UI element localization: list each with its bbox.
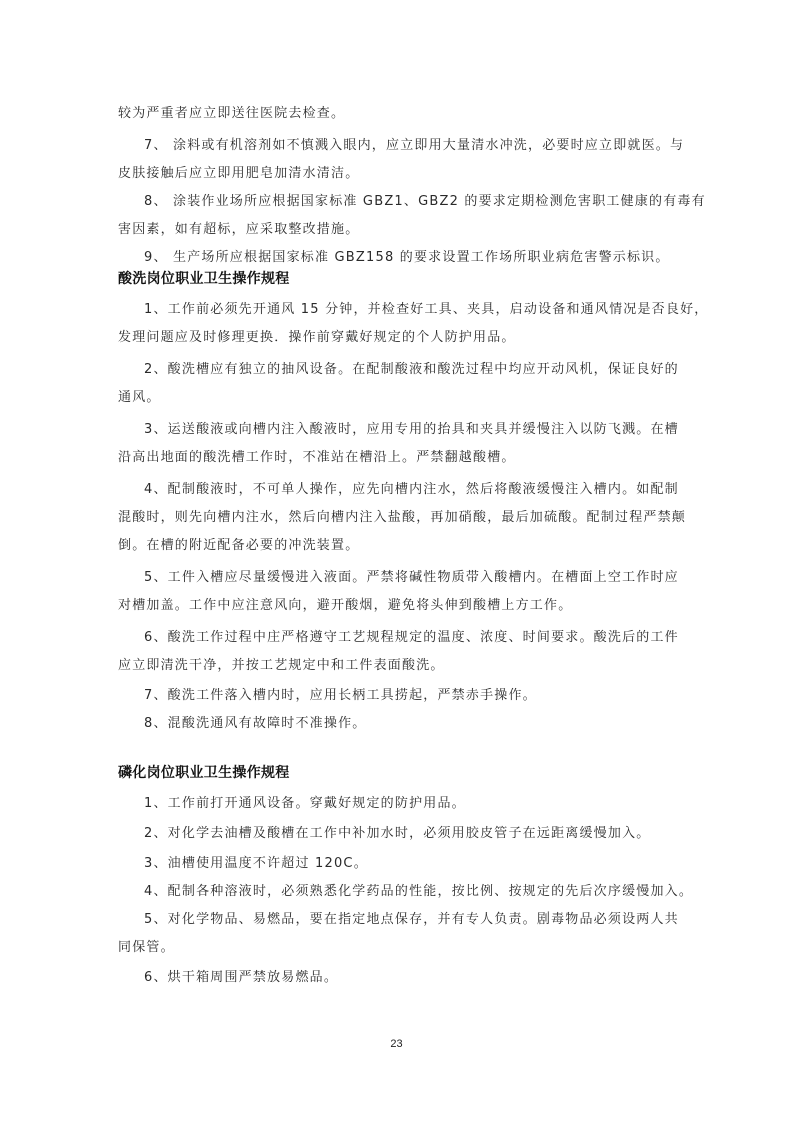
section-heading-pickling: 酸洗岗位职业卫生操作规程 [118,270,290,288]
section-heading-phosphating: 磷化岗位职业卫生操作规程 [118,764,290,782]
page-number: 23 [0,1038,793,1050]
paragraph-line: 发理问题应及时修理更换．操作前穿戴好规定的个人防护用品。 [118,330,678,346]
paragraph-line: 害因素，如有超标，应采取整改措施。 [118,222,678,238]
paragraph-line: 5、工件入槽应尽量缓慢进入液面。严禁将碱性物质带入酸槽内。在槽面上空工作时应 [144,570,704,586]
paragraph-line: 7、 涂料或有机溶剂如不慎溅入眼内，应立即用大量清水冲洗，必要时应立即就医。与 [144,138,704,154]
paragraph-line: 倒。在槽的附近配备必要的冲洗装置。 [118,538,678,554]
paragraph-line: 3、油槽使用温度不许超过 120C。 [144,856,704,872]
paragraph-line: 应立即清洗干净，并按工艺规定中和工件表面酸洗。 [118,658,678,674]
paragraph-line: 5、对化学物品、易燃品，要在指定地点保存，并有专人负责。剧毒物品必须设两人共 [144,912,704,928]
paragraph-line: 1、工作前必须先开通风 15 分钟，并检查好工具、夹具，启动设备和通风情况是否良… [144,302,704,318]
paragraph-line: 8、混酸洗通风有故障时不准操作。 [144,716,704,732]
paragraph-line: 2、对化学去油槽及酸槽在工作中补加水时，必须用胶皮管子在远距离缓慢加入。 [144,826,704,842]
paragraph-line: 4、配制酸液时，不可单人操作，应先向槽内注水，然后将酸液缓慢注入槽内。如配制 [144,482,704,498]
paragraph-line: 通风。 [118,390,678,406]
paragraph-line: 1、工作前打开通风设备。穿戴好规定的防护用品。 [144,796,704,812]
paragraph-line: 6、酸洗工作过程中庄严格遵守工艺规程规定的温度、浓度、时间要求。酸洗后的工件 [144,630,704,646]
paragraph-line: 7、酸洗工件落入槽内时，应用长柄工具捞起，严禁赤手操作。 [144,688,704,704]
paragraph-line: 2、酸洗槽应有独立的抽风设备。在配制酸液和酸洗过程中均应开动风机，保证良好的 [144,362,704,378]
paragraph-line: 4、配制各种溶液时，必须熟悉化学药品的性能，按比例、按规定的先后次序缓慢加入。 [144,884,704,900]
paragraph-line: 6、烘干箱周围严禁放易燃品。 [144,970,704,986]
paragraph-line: 3、运送酸液或向槽内注入酸液时，应用专用的抬具和夹具并缓慢注入以防飞溅。在槽 [144,422,704,438]
paragraph-line: 同保管。 [118,940,678,956]
paragraph-line: 8、 涂装作业场所应根据国家标准 GBZ1、GBZ2 的要求定期检测危害职工健康… [144,194,704,210]
paragraph-line: 9、 生产场所应根据国家标准 GBZ158 的要求设置工作场所职业病危害警示标识… [144,250,704,266]
paragraph-line: 较为严重者应立即送往医院去检查。 [118,106,678,122]
document-page: 较为严重者应立即送往医院去检查。 7、 涂料或有机溶剂如不慎溅入眼内，应立即用大… [0,0,793,1122]
paragraph-line: 对槽加盖。工作中应注意风向，避开酸烟，避免将头伸到酸槽上方工作。 [118,598,678,614]
paragraph-line: 皮肤接触后应立即用肥皂加清水清洁。 [118,166,678,182]
paragraph-line: 沿高出地面的酸洗槽工作时，不准站在槽沿上。严禁翻越酸槽。 [118,450,678,466]
paragraph-line: 混酸时，则先向槽内注水，然后向槽内注入盐酸，再加硝酸，最后加硫酸。配制过程严禁颠 [118,510,678,526]
